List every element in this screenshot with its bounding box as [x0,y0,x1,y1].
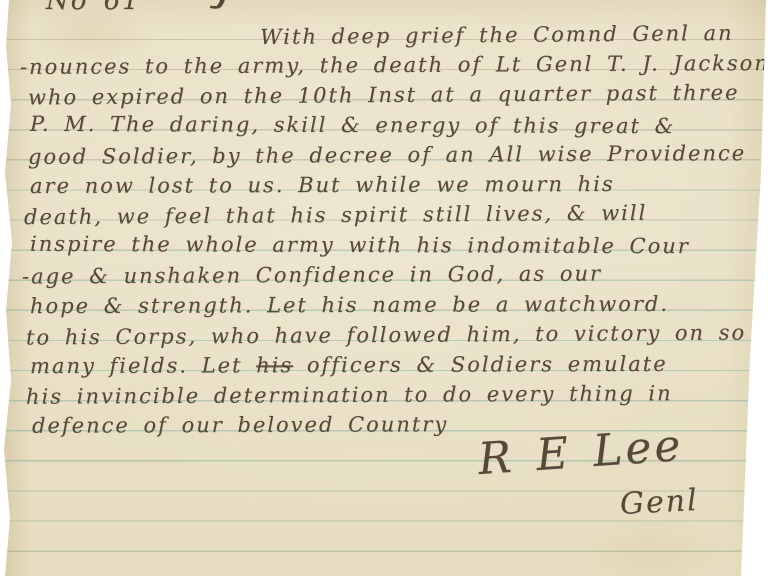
order-number: No 61 [46,0,141,16]
letter-page: No 61 } With deep grief the Comnd Genl a… [0,0,768,576]
signature-title: Genl [619,486,699,520]
header-brace: } [210,0,247,5]
handwritten-line: With deep grief the Comnd Genl an [260,18,734,52]
handwritten-line: P. M. The daring, skill & energy of this… [30,109,675,141]
line-segment: many fields. Let [30,353,256,378]
handwriting-layer: No 61 } With deep grief the Comnd Genl a… [0,0,768,576]
handwritten-line: who expired on the 10th Inst at a quarte… [28,78,740,113]
handwritten-line: inspire the whole army with his indomita… [30,229,690,261]
struck-word: his [256,353,293,377]
handwritten-line: to his Corps, who have followed him, to … [26,317,746,352]
signature: R E Lee [477,431,684,475]
handwritten-line: -nounces to the army, the death of Lt Ge… [20,48,768,82]
handwritten-line: defence of our beloved Country [32,409,448,440]
document-scan: No 61 } With deep grief the Comnd Genl a… [0,0,768,576]
handwritten-line-with-strikethrough: many fields. Let his officers & Soldiers… [30,349,668,381]
handwritten-line: are now lost to us. But while we mourn h… [30,169,615,201]
line-segment: officers & Soldiers emulate [293,352,668,377]
handwritten-line: his invincible determination to do every… [26,378,673,411]
handwritten-line: -age & unshaken Confidence in God, as ou… [22,258,602,291]
handwritten-line: good Soldier, by the decree of an All wi… [28,138,746,172]
handwritten-line: death, we feel that his spirit still liv… [24,198,647,232]
handwritten-line: hope & strength. Let his name be a watch… [30,289,669,321]
